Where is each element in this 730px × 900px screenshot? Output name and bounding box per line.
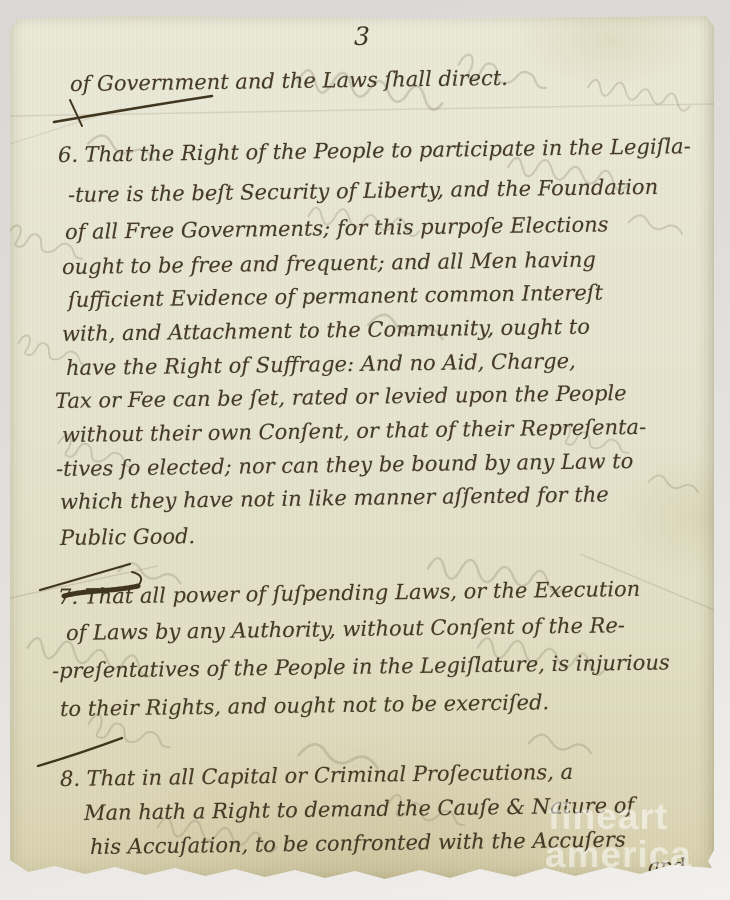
strikeout-mark <box>38 738 122 766</box>
watermark-text: america <box>545 836 692 873</box>
strikeout-mark <box>64 586 138 596</box>
strikeout-marks-layer <box>10 16 714 882</box>
photo-background: 3 of Government and the Laws ſhall direc… <box>0 0 730 900</box>
watermark-text: fineart <box>548 798 668 835</box>
strikeout-mark <box>70 100 82 126</box>
manuscript-page: 3 of Government and the Laws ſhall direc… <box>10 16 714 882</box>
strikeout-mark <box>40 564 130 590</box>
